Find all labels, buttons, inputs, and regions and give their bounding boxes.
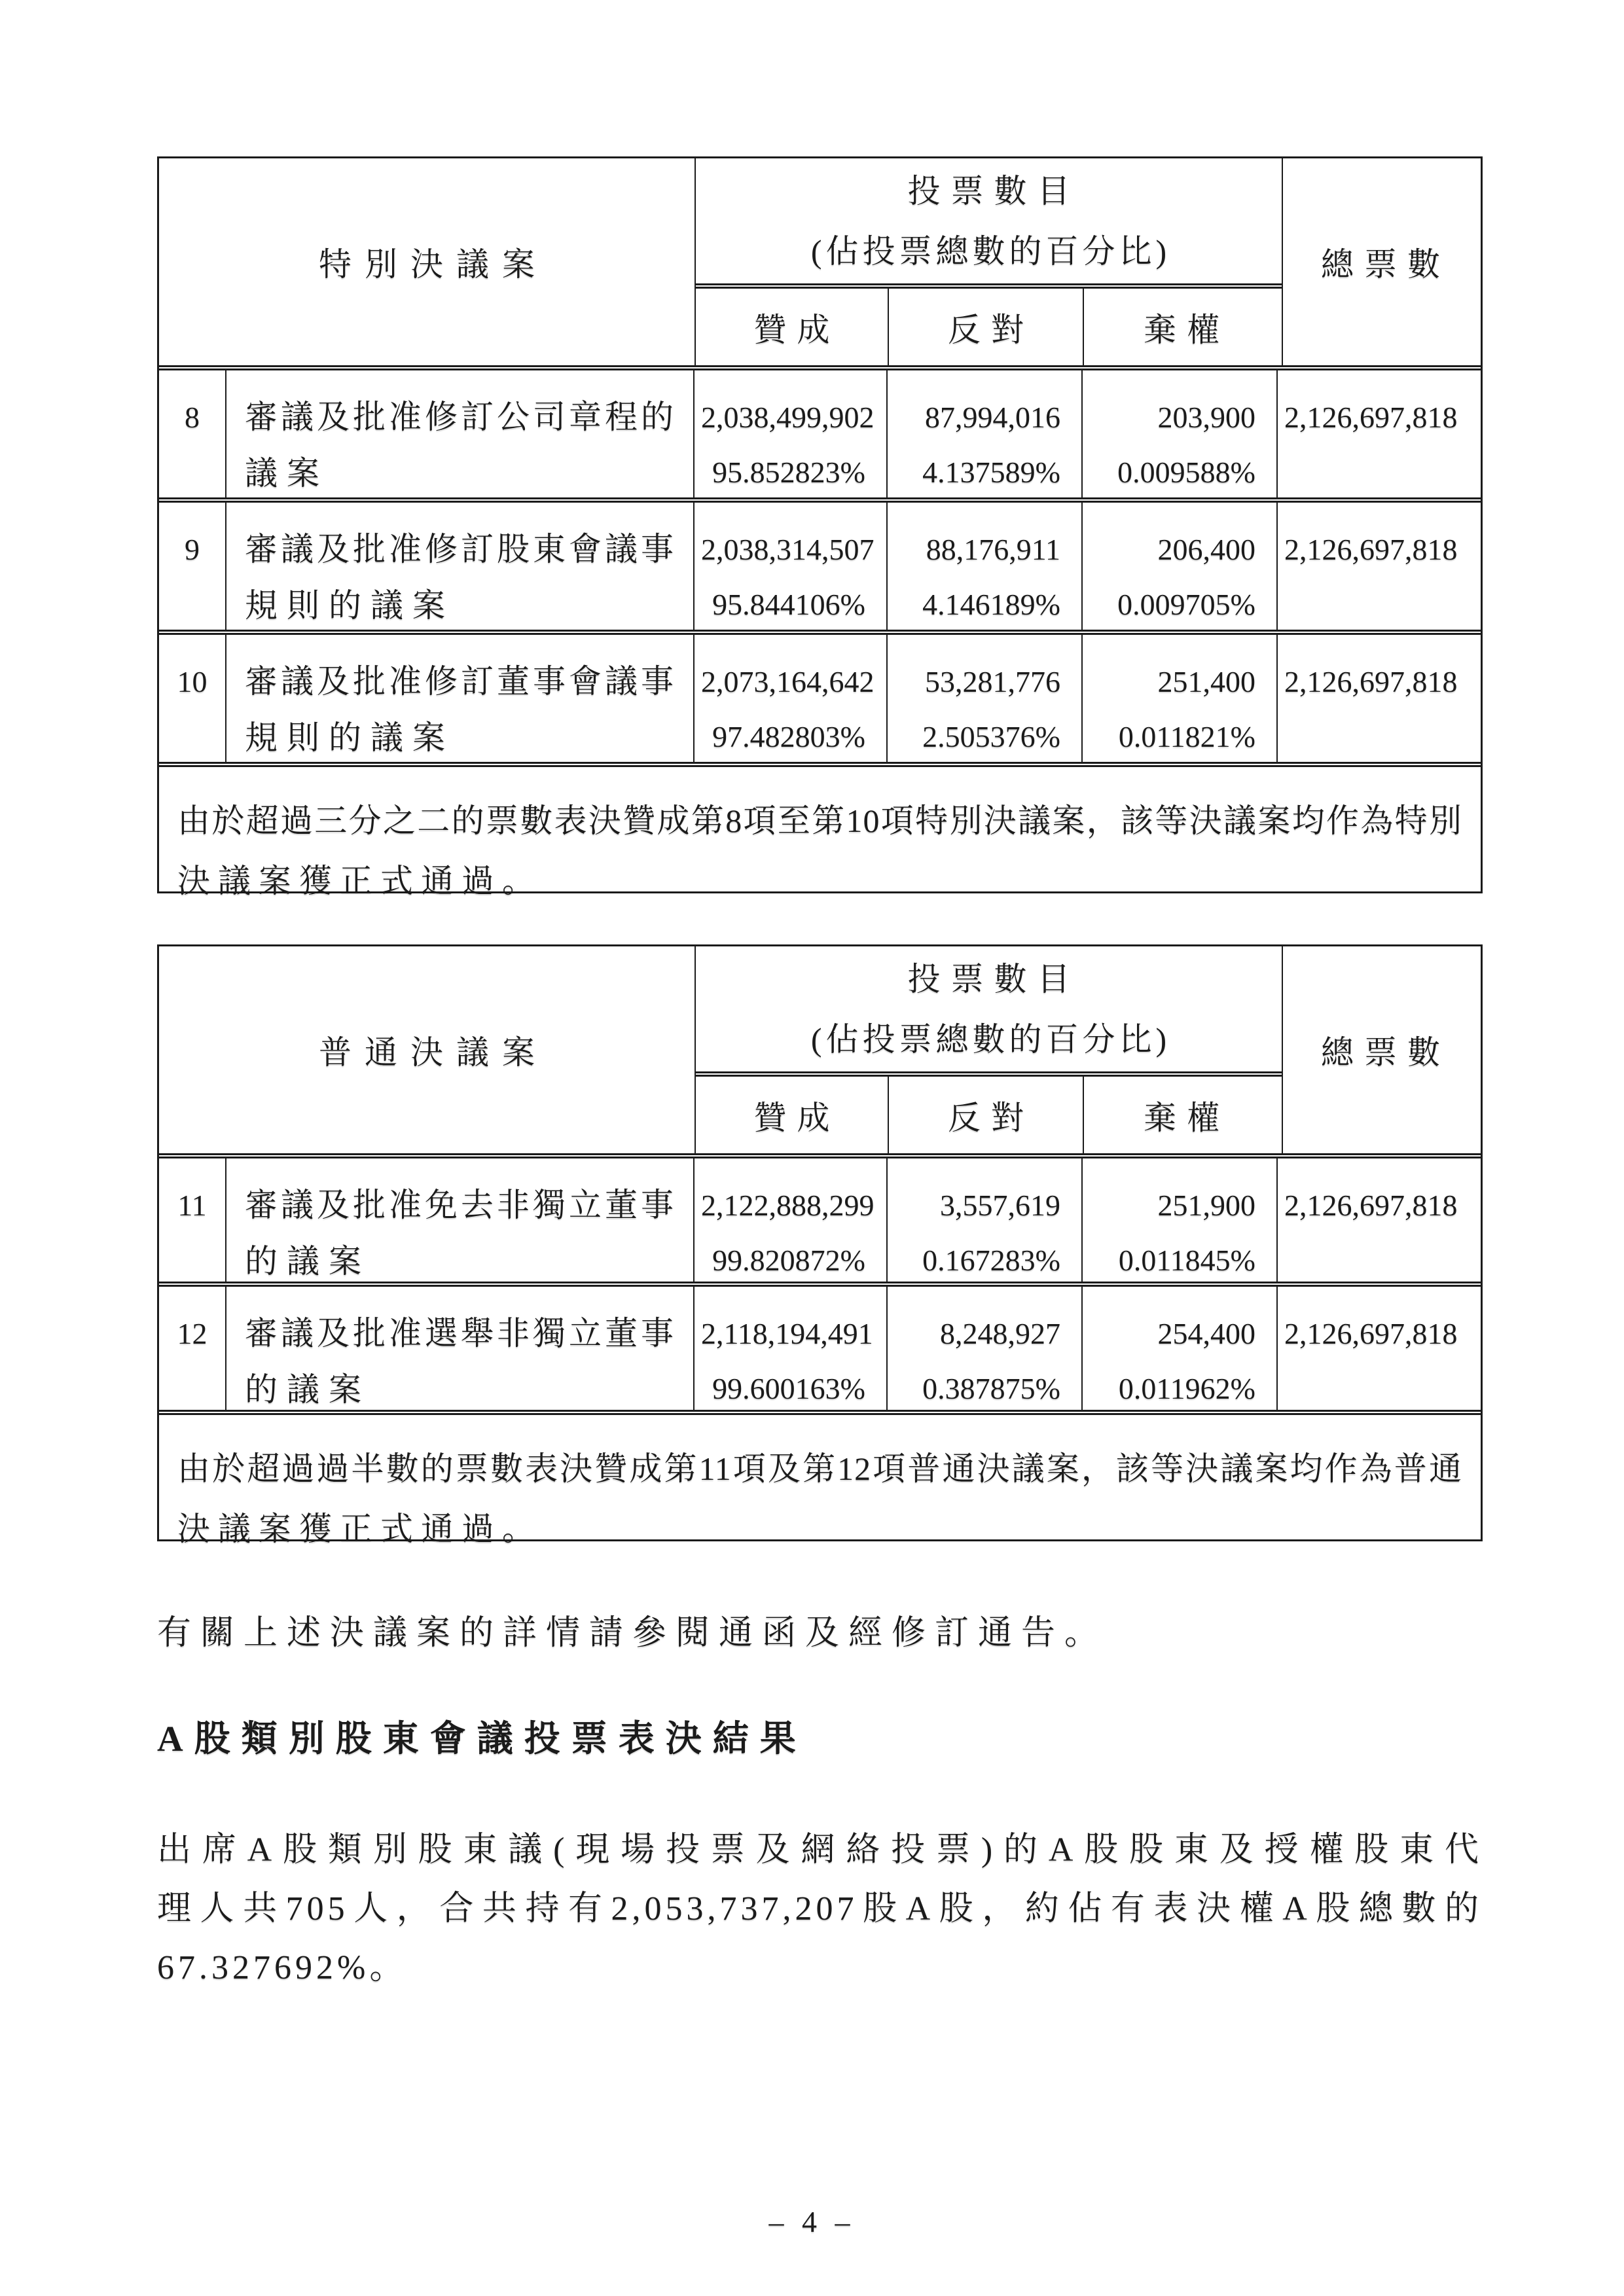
against-votes-cell: 87,994,016 4.137589% (888, 370, 1083, 497)
votes-header-cell: 投票數目 (佔投票總數的百分比) (696, 946, 1282, 1077)
abstain-count: 254,400 (1089, 1306, 1255, 1361)
abstain-pct: 0.011821% (1089, 709, 1255, 764)
against-pct: 0.167283% (894, 1233, 1060, 1288)
row-number-cell: 8 (159, 370, 226, 497)
against-count: 88,176,911 (894, 522, 1060, 577)
table-note-line1: 由於超過三分之二的票數表決贊成第8項至第10項特別決議案，該等決議案均作為特別 (177, 791, 1462, 851)
for-votes-cell: 2,122,888,299 99.820872% (695, 1158, 888, 1282)
against-subheader: 反對 (889, 1077, 1084, 1153)
total-header-label: 總票數 (1310, 1026, 1451, 1073)
abstain-pct: 0.009705% (1089, 577, 1255, 632)
table-note-line1: 由於超過過半數的票數表決贊成第11項及第12項普通決議案，該等決議案均作為普通 (177, 1439, 1462, 1499)
table-row: 8 審議及批准修訂公司章程的 議案 2,038,499,902 95.85282… (159, 365, 1481, 497)
resolution-desc-line2: 的議案 (245, 1233, 675, 1289)
against-votes-cell: 88,176,911 4.146189% (888, 503, 1083, 630)
special-resolutions-table: 特別決議案 投票數目 (佔投票總數的百分比) 贊成 反對 棄權 總票數 8 審 (157, 156, 1483, 893)
abstain-count: 251,900 (1089, 1178, 1255, 1233)
votes-header-line2: (佔投票總數的百分比) (807, 221, 1170, 281)
votes-header-group: 投票數目 (佔投票總數的百分比) 贊成 反對 棄權 (696, 946, 1282, 1153)
total-votes-cell: 2,126,697,818 (1278, 635, 1474, 762)
for-pct: 95.852823% (701, 445, 865, 500)
against-votes-cell: 8,248,927 0.387875% (888, 1287, 1083, 1410)
resolution-desc-line1: 審議及批准選舉非獨立董事 (245, 1305, 675, 1361)
for-count: 2,038,314,507 (701, 522, 865, 577)
against-count: 53,281,776 (894, 655, 1060, 709)
against-votes-cell: 3,557,619 0.167283% (888, 1158, 1083, 1282)
resolution-desc-cell: 審議及批准修訂董事會議事 規則的議案 (226, 635, 695, 762)
against-subheader: 反對 (889, 289, 1084, 365)
against-count: 8,248,927 (894, 1306, 1060, 1361)
vote-subheader-row: 贊成 反對 棄權 (696, 1077, 1282, 1153)
for-votes-cell: 2,038,314,507 95.844106% (695, 503, 888, 630)
for-pct: 97.482803% (701, 709, 865, 764)
resolution-desc-line1: 審議及批准修訂股東會議事 (245, 521, 675, 577)
abstain-votes-cell: 254,400 0.011962% (1083, 1287, 1278, 1410)
a-share-paragraph-line2: 理人共705人，合共持有2,053,737,207股A股，約佔有表決權A股總數的 (157, 1880, 1483, 1939)
abstain-count: 251,400 (1089, 655, 1255, 709)
abstain-pct: 0.011845% (1089, 1233, 1255, 1288)
table-note: 由於超過過半數的票數表決贊成第11項及第12項普通決議案，該等決議案均作為普通 … (159, 1410, 1481, 1559)
table-row: 9 審議及批准修訂股東會議事 規則的議案 2,038,314,507 95.84… (159, 497, 1481, 630)
total-votes-cell: 2,126,697,818 (1278, 1287, 1474, 1410)
total-header-label: 總票數 (1310, 238, 1451, 285)
against-votes-cell: 53,281,776 2.505376% (888, 635, 1083, 762)
abstain-count: 203,900 (1089, 390, 1255, 445)
abstain-votes-cell: 251,400 0.011821% (1083, 635, 1278, 762)
total-votes-cell: 2,126,697,818 (1278, 1158, 1474, 1282)
against-count: 87,994,016 (894, 390, 1060, 445)
resolution-desc-cell: 審議及批准免去非獨立董事 的議案 (226, 1158, 695, 1282)
row-number-cell: 12 (159, 1287, 226, 1410)
resolution-desc-line2: 規則的議案 (245, 709, 675, 766)
for-pct: 95.844106% (701, 577, 865, 632)
category-header-label: 特別決議案 (306, 238, 548, 285)
a-share-paragraph-line1: 出席A股類別股東議(現場投票及網絡投票)的A股股東及授權股東代 (157, 1821, 1483, 1880)
abstain-count: 206,400 (1089, 522, 1255, 577)
vote-subheader-row: 贊成 反對 棄權 (696, 289, 1282, 365)
table-row: 11 審議及批准免去非獨立董事 的議案 2,122,888,299 99.820… (159, 1153, 1481, 1282)
abstain-votes-cell: 203,900 0.009588% (1083, 370, 1278, 497)
category-header-cell: 特別決議案 (159, 158, 696, 365)
a-share-paragraph-line3: 67.327692%。 (157, 1939, 1483, 1998)
a-share-results-heading: A股類別股東會議投票表決結果 (157, 1710, 1483, 1761)
abstain-votes-cell: 251,900 0.011845% (1083, 1158, 1278, 1282)
resolution-desc-line2: 的議案 (245, 1361, 675, 1418)
table-header: 普通決議案 投票數目 (佔投票總數的百分比) 贊成 反對 棄權 總票數 (159, 946, 1481, 1153)
resolution-desc-line2: 規則的議案 (245, 577, 675, 634)
table-row: 10 審議及批准修訂董事會議事 規則的議案 2,073,164,642 97.4… (159, 630, 1481, 762)
table-note-line2: 決議案獲正式通過。 (177, 851, 1462, 911)
reference-paragraph: 有關上述決議案的詳情請參閱通函及經修訂通告。 (157, 1607, 1483, 1660)
for-subheader: 贊成 (696, 289, 889, 365)
resolution-desc-cell: 審議及批准修訂股東會議事 規則的議案 (226, 503, 695, 630)
category-header-cell: 普通決議案 (159, 946, 696, 1153)
a-share-attendance-paragraph: 出席A股類別股東議(現場投票及網絡投票)的A股股東及授權股東代 理人共705人，… (157, 1821, 1483, 1998)
for-count: 2,118,194,491 (701, 1306, 865, 1361)
resolution-desc-line1: 審議及批准修訂公司章程的 (245, 389, 675, 445)
for-votes-cell: 2,073,164,642 97.482803% (695, 635, 888, 762)
ordinary-resolutions-table: 普通決議案 投票數目 (佔投票總數的百分比) 贊成 反對 棄權 總票數 11 (157, 944, 1483, 1541)
abstain-pct: 0.011962% (1089, 1361, 1255, 1416)
votes-header-line1: 投票數目 (897, 161, 1081, 221)
against-count: 3,557,619 (894, 1178, 1060, 1233)
total-header-cell: 總票數 (1282, 946, 1478, 1153)
total-votes-cell: 2,126,697,818 (1278, 503, 1474, 630)
resolution-desc-line1: 審議及批准修訂董事會議事 (245, 653, 675, 709)
votes-header-line2: (佔投票總數的百分比) (807, 1009, 1170, 1069)
abstain-subheader: 棄權 (1084, 289, 1279, 365)
table-header: 特別決議案 投票數目 (佔投票總數的百分比) 贊成 反對 棄權 總票數 (159, 158, 1481, 365)
resolution-desc-line2: 議案 (245, 445, 675, 501)
for-subheader: 贊成 (696, 1077, 889, 1153)
resolution-desc-line1: 審議及批准免去非獨立董事 (245, 1177, 675, 1233)
votes-header-group: 投票數目 (佔投票總數的百分比) 贊成 反對 棄權 (696, 158, 1282, 365)
abstain-votes-cell: 206,400 0.009705% (1083, 503, 1278, 630)
abstain-subheader: 棄權 (1084, 1077, 1279, 1153)
for-votes-cell: 2,118,194,491 99.600163% (695, 1287, 888, 1410)
row-number-cell: 9 (159, 503, 226, 630)
resolution-desc-cell: 審議及批准選舉非獨立董事 的議案 (226, 1287, 695, 1410)
votes-header-cell: 投票數目 (佔投票總數的百分比) (696, 158, 1282, 289)
category-header-label: 普通決議案 (306, 1026, 548, 1073)
abstain-pct: 0.009588% (1089, 445, 1255, 500)
for-count: 2,122,888,299 (701, 1178, 865, 1233)
votes-header-line1: 投票數目 (897, 949, 1081, 1009)
table-note-line2: 決議案獲正式通過。 (177, 1499, 1462, 1559)
total-votes-cell: 2,126,697,818 (1278, 370, 1474, 497)
against-pct: 0.387875% (894, 1361, 1060, 1416)
table-row: 12 審議及批准選舉非獨立董事 的議案 2,118,194,491 99.600… (159, 1282, 1481, 1410)
total-header-cell: 總票數 (1282, 158, 1478, 365)
row-number-cell: 10 (159, 635, 226, 762)
row-number-cell: 11 (159, 1158, 226, 1282)
for-pct: 99.820872% (701, 1233, 865, 1288)
page-number: – 4 – (0, 2204, 1624, 2239)
document-page: 特別決議案 投票數目 (佔投票總數的百分比) 贊成 反對 棄權 總票數 8 審 (0, 0, 1624, 2296)
for-count: 2,073,164,642 (701, 655, 865, 709)
table-note: 由於超過三分之二的票數表決贊成第8項至第10項特別決議案，該等決議案均作為特別 … (159, 762, 1481, 911)
against-pct: 2.505376% (894, 709, 1060, 764)
for-pct: 99.600163% (701, 1361, 865, 1416)
resolution-desc-cell: 審議及批准修訂公司章程的 議案 (226, 370, 695, 497)
against-pct: 4.146189% (894, 577, 1060, 632)
for-votes-cell: 2,038,499,902 95.852823% (695, 370, 888, 497)
for-count: 2,038,499,902 (701, 390, 865, 445)
against-pct: 4.137589% (894, 445, 1060, 500)
